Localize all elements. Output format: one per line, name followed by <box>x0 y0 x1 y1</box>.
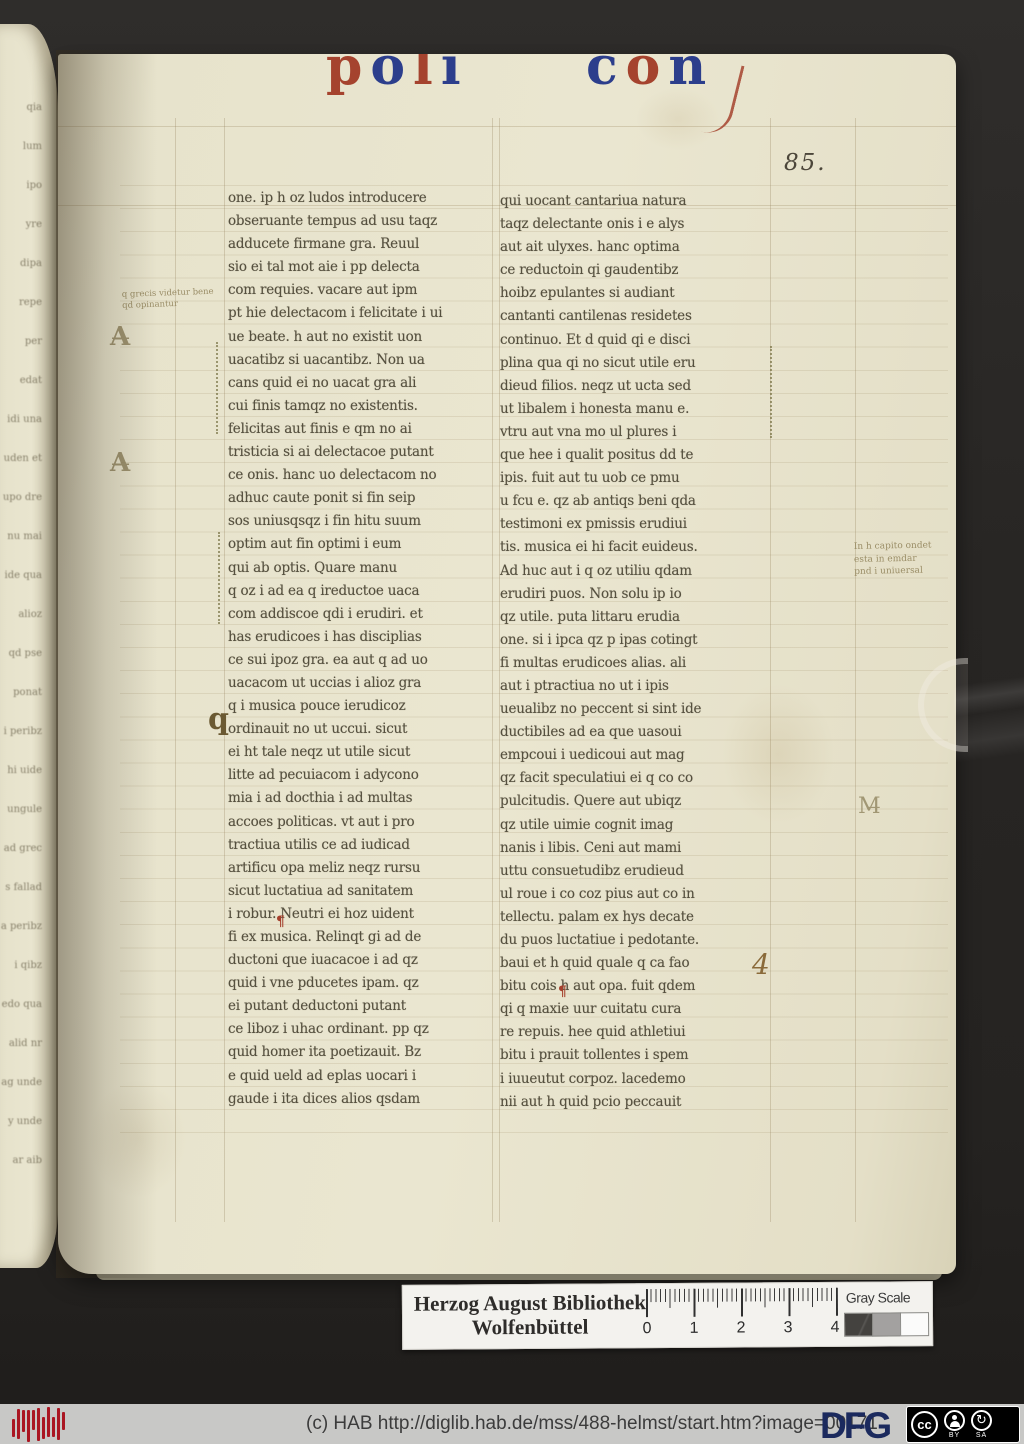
manuscript-line: Ad huc aut i q oz utiliu qdam <box>500 560 772 583</box>
manuscript-line: uacatibz si uacantibz. Non ua <box>228 349 500 372</box>
running-header-right: con <box>586 54 714 97</box>
manuscript-line: has erudicoes i has disciplias <box>228 626 500 649</box>
manuscript-line: taqz delectante onis i e alys <box>500 213 772 236</box>
ruler-numbers: 01234 <box>641 1319 841 1338</box>
manuscript-line: testimoni ex pmissis erudiui <box>500 513 772 536</box>
manuscript-line: u fcu e. qz ab antiqs beni qda <box>500 490 772 513</box>
facing-page-text-fragments: qialumipoyrediparepeperedatidi unauden e… <box>0 88 46 1208</box>
manuscript-line: continuo. Et d quid qi e disci <box>500 329 772 352</box>
manuscript-line: optim aut fin optimi i eum <box>228 533 500 556</box>
ruling-line <box>58 126 956 127</box>
cm-ruler: 01234 <box>646 1288 842 1344</box>
manuscript-line: tractiua utilis ce ad iudicad <box>228 834 500 857</box>
manuscript-line: pulcitudis. Quere aut ubiqz <box>500 790 772 813</box>
manuscript-line: pt hie delectacom i felicitate i ui <box>228 302 500 325</box>
manuscript-line: bitu i prauit tollentes i spem <box>500 1044 772 1067</box>
manuscript-line: ductoni que iuacacoe i ad qz <box>228 949 500 972</box>
manuscript-line: adducete firmane gra. Reuul <box>228 233 500 256</box>
edge-text-fragment: ungule <box>0 790 46 829</box>
library-name-line1: Herzog August Bibliothek <box>411 1290 649 1316</box>
margin-note-line: pnd i uniuersal <box>854 564 956 578</box>
gray-scale-patches <box>844 1312 928 1337</box>
manuscript-line: quid homer ita poetizauit. Bz <box>228 1041 500 1064</box>
manuscript-line: sicut luctatiua ad sanitatem <box>228 880 500 903</box>
edge-text-fragment: yre <box>0 205 46 244</box>
manuscript-line: accoes politicas. vt aut i pro <box>228 811 500 834</box>
running-header-left: poli <box>326 54 469 97</box>
manuscript-line: ul roue i co coz pius aut co in <box>500 883 772 906</box>
margin-monogram: A̶ <box>110 448 130 478</box>
ruler-number: 0 <box>641 1320 653 1338</box>
manuscript-line: one. si i ipca qz p ipas cotingt <box>500 629 772 652</box>
edge-text-fragment: i peribz <box>0 712 46 751</box>
manuscript-line: adhuc caute ponit si fin seip <box>228 487 500 510</box>
copyright-text: (c) HAB http://diglib.hab.de/mss/488-hel… <box>306 1413 878 1435</box>
edge-text-fragment: edo qua <box>0 985 46 1024</box>
gray-patch-dark <box>844 1313 873 1337</box>
edge-text-fragment: qd pse <box>0 634 46 673</box>
margin-monogram: A̶ <box>110 322 130 352</box>
manuscript-line: quid i vne pducetes ipam. qz <box>228 972 500 995</box>
cc-sa-label: SA <box>976 1432 987 1439</box>
header-letter: n <box>668 54 714 97</box>
manuscript-line: aut i ptractiua no ut i ipis <box>500 675 772 698</box>
calibration-strip: Herzog August Bibliothek Wolfenbüttel 01… <box>402 1281 933 1350</box>
margin-monogram: M̶ <box>858 794 881 819</box>
manuscript-line: que hee i qualit positus dd te <box>500 444 772 467</box>
manuscript-line: artificu opa meliz neqz rursu <box>228 857 500 880</box>
edge-text-fragment: idi una <box>0 400 46 439</box>
ruling-line-vertical <box>224 118 225 1222</box>
manuscript-line: ei putant deductoni putant <box>228 995 500 1018</box>
manuscript-line: gaude i ita dices alios qsdam <box>228 1088 500 1111</box>
edge-text-fragment: nu mai <box>0 517 46 556</box>
manuscript-line: i iuueutut corpoz. lacedemo <box>500 1068 772 1091</box>
manuscript-line: tis. musica ei hi facit euideus. <box>500 536 772 559</box>
hab-logo <box>12 1407 70 1441</box>
manuscript-line: fi ex musica. Relinqt gi ad de <box>228 926 500 949</box>
manuscript-line: fi multas erudicoes alias. ali <box>500 652 772 675</box>
manuscript-line: sos uniusqsqz i fin hitu suum <box>228 510 500 533</box>
manuscript-line: qui ab optis. Quare manu <box>228 557 500 580</box>
manuscript-line: plina qua qi no sicut utile eru <box>500 352 772 375</box>
ruler-number: 2 <box>735 1319 747 1337</box>
margin-numeral-mark: 4 <box>752 948 770 981</box>
page-holder-clip <box>916 646 1024 768</box>
edge-text-fragment: repe <box>0 283 46 322</box>
edge-text-fragment: uden et <box>0 439 46 478</box>
manuscript-line: cans quid ei no uacat gra ali <box>228 372 500 395</box>
cc-icon-text: cc <box>917 1417 931 1432</box>
manuscript-line: sio ei tal mot aie i pp delecta <box>228 256 500 279</box>
manuscript-line: ductibiles ad ea que uasoui <box>500 721 772 744</box>
edge-text-fragment: ar aib <box>0 1141 46 1180</box>
manuscript-line: qui uocant cantariua natura <box>500 190 772 213</box>
manuscript-line: nii aut h quid pcio peccauit <box>500 1091 772 1114</box>
manuscript-line: qz facit speculatiui ei q co co <box>500 767 772 790</box>
manuscript-line: one. ip h oz ludos introducere <box>228 187 500 210</box>
manuscript-line: du puos luctatiue i pedotante. <box>500 929 772 952</box>
manuscript-line: com addiscoe qdi i erudiri. et <box>228 603 500 626</box>
manuscript-line: ue beate. h aut no existit uon <box>228 326 500 349</box>
manuscript-line: tellectu. palam ex hys decate <box>500 906 772 929</box>
manuscript-line: com requies. vacare aut ipm <box>228 279 500 302</box>
edge-text-fragment: i qibz <box>0 946 46 985</box>
text-column-left: one. ip h oz ludos introducereobseruante… <box>228 187 500 1111</box>
margin-note-right: In h capito ondet esta in emdar pnd i un… <box>854 539 956 578</box>
manuscript-line: ordinauit no ut uccui. sicut <box>228 718 500 741</box>
cc-by-label: BY <box>949 1432 960 1439</box>
manuscript-line: ueualibz no peccent si sint ide <box>500 698 772 721</box>
edge-text-fragment: ad grec <box>0 829 46 868</box>
library-name: Herzog August Bibliothek Wolfenbüttel <box>411 1290 649 1340</box>
manuscript-line: e quid ueld ad eplas uocari i <box>228 1065 500 1088</box>
manuscript-line: tristicia si ai delectacoe putant <box>228 441 500 464</box>
edge-text-fragment: lum <box>0 127 46 166</box>
gray-patch-white <box>900 1312 929 1336</box>
manuscript-line: obseruante tempus ad usu taqz <box>228 210 500 233</box>
header-letter: c <box>586 54 626 97</box>
manuscript-line: ipis. fuit aut tu uob ce pmu <box>500 467 772 490</box>
manuscript-line: mia i ad docthia i ad multas <box>228 787 500 810</box>
manuscript-line: hoibz epulantes si audiant <box>500 282 772 305</box>
margin-ornament <box>770 346 772 438</box>
edge-text-fragment: per <box>0 322 46 361</box>
manuscript-line: qz utile. puta littaru erudia <box>500 606 772 629</box>
header-letter: o <box>370 54 413 97</box>
manuscript-line: uacacom ut uccias i alioz gra <box>228 672 500 695</box>
clip-reflection <box>954 606 1024 806</box>
footer-bar: (c) HAB http://diglib.hab.de/mss/488-hel… <box>0 1404 1024 1444</box>
edge-text-fragment: ipo <box>0 166 46 205</box>
manuscript-line: i robur. Neutri ei hoz uident <box>228 903 500 926</box>
manuscript-line: litte ad pecuiacom i adycono <box>228 764 500 787</box>
ruling-line-vertical <box>855 118 856 1222</box>
edge-text-fragment: alioz <box>0 595 46 634</box>
edge-text-fragment: upo dre <box>0 478 46 517</box>
manuscript-line: ei ht tale neqz ut utile sicut <box>228 741 500 764</box>
manuscript-line: vtru aut vna mo ul plures i <box>500 421 772 444</box>
edge-text-fragment: y unde <box>0 1102 46 1141</box>
manuscript-line: q oz i ad ea q ireductoe uaca <box>228 580 500 603</box>
manuscript-line: erudiri puos. Non solu ip io <box>500 583 772 606</box>
gray-patch-mid <box>872 1312 901 1336</box>
header-letter: o <box>626 54 669 97</box>
edge-text-fragment: edat <box>0 361 46 400</box>
manuscript-line: ut libalem i honesta manu e. <box>500 398 772 421</box>
digitized-manuscript-photo: qialumipoyrediparepeperedatidi unauden e… <box>0 0 1024 1444</box>
manuscript-line: baui et h quid quale q ca fao <box>500 952 772 975</box>
manuscript-line: q i musica pouce ierudicoz <box>228 695 500 718</box>
red-paragraph-mark: ¶ <box>276 914 285 930</box>
margin-note-left: q grecis videtur bene qd opinantur <box>122 286 233 312</box>
edge-text-fragment: qia <box>0 88 46 127</box>
edge-text-fragment: ponat <box>0 673 46 712</box>
manuscript-line: bitu cois h aut opa. fuit qdem <box>500 975 772 998</box>
decorated-initial: q <box>208 702 229 737</box>
edge-text-fragment: alid nr <box>0 1024 46 1063</box>
manuscript-line: ce onis. hanc uo delectacom no <box>228 464 500 487</box>
red-paragraph-mark: ¶ <box>558 984 567 1000</box>
edge-text-fragment: a peribz <box>0 907 46 946</box>
manuscript-page: poli con 85. one. ip h oz ludos introduc… <box>58 54 956 1274</box>
cc-by-person-icon <box>944 1410 965 1431</box>
manuscript-line: dieud filios. neqz ut ucta sed <box>500 375 772 398</box>
header-letter: i <box>441 54 469 97</box>
manuscript-line: cantanti cantilenas residetes <box>500 305 772 328</box>
cc-sa-icon: ↻ <box>971 1410 992 1431</box>
manuscript-line: re repuis. hee quid athletiui <box>500 1021 772 1044</box>
folio-number: 85. <box>784 150 827 176</box>
cc-license-badge: cc BY ↻ SA <box>906 1406 1020 1443</box>
edge-text-fragment: ide qua <box>0 556 46 595</box>
text-column-right: qui uocant cantariua naturataqz delectan… <box>500 190 772 1114</box>
manuscript-line: ce liboz i uhac ordinant. pp qz <box>228 1018 500 1041</box>
ruler-number: 3 <box>782 1319 794 1337</box>
dfg-logo: DFG <box>820 1405 889 1444</box>
manuscript-line: uttu consuetudibz erudieud <box>500 860 772 883</box>
manuscript-line: empcoui i uedicoui aut mag <box>500 744 772 767</box>
ruler-number: 4 <box>829 1319 841 1337</box>
ruler-cm-ticks <box>646 1288 838 1317</box>
header-letter: p <box>326 54 370 97</box>
gray-scale-label: Gray Scale <box>846 1289 910 1305</box>
margin-ornament <box>216 342 218 434</box>
edge-text-fragment: ag unde <box>0 1063 46 1102</box>
ruler-number: 1 <box>688 1320 700 1338</box>
manuscript-line: cui finis tamqz no existentis. <box>228 395 500 418</box>
previous-page-edge: qialumipoyrediparepeperedatidi unauden e… <box>0 24 58 1268</box>
edge-text-fragment: dipa <box>0 244 46 283</box>
manuscript-line: aut ait ulyxes. hanc optima <box>500 236 772 259</box>
manuscript-line: qz utile uimie cognit imag <box>500 814 772 837</box>
ruling-line-vertical <box>175 118 176 1222</box>
margin-ornament <box>218 532 220 624</box>
manuscript-line: felicitas aut finis e qm no ai <box>228 418 500 441</box>
cc-icon: cc <box>911 1411 938 1438</box>
manuscript-line: ce reductoin qi gaudentibz <box>500 259 772 282</box>
header-letter: l <box>413 54 441 97</box>
edge-text-fragment: s fallad <box>0 868 46 907</box>
edge-text-fragment: hi uide <box>0 751 46 790</box>
library-name-line2: Wolfenbüttel <box>411 1314 649 1340</box>
manuscript-line: ce sui ipoz gra. ea aut q ad uo <box>228 649 500 672</box>
manuscript-line: qi q maxie uur cuitatu cura <box>500 998 772 1021</box>
manuscript-line: nanis i libis. Ceni aut mami <box>500 837 772 860</box>
